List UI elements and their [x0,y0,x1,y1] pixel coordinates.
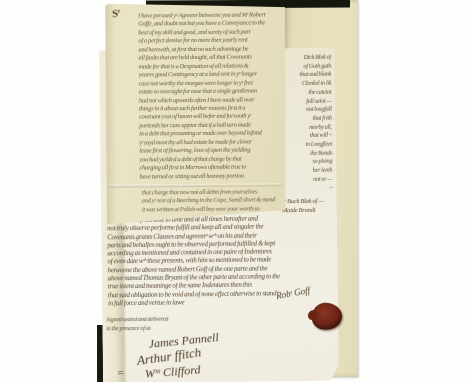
letter-body-text: I have perused yᵉ Agreemᵗ betweene you a… [138,11,283,181]
witness-mark: = [116,367,125,380]
handwriting-line: in Longfleet [284,141,332,150]
handwriting-line: ~ [285,184,333,193]
handwriting-line: not or — [285,175,333,184]
backdrop-left-sliver [97,325,103,382]
handwriting-line: that frith [284,115,332,124]
handwriting-line: have turned or sitting out all homony po… [140,172,284,182]
handwriting-line: in a debt that presuming or made over be… [139,130,283,140]
handwriting-line: Clonkel in lik [283,80,331,89]
letter-postscript-text: that charge that now not all debts from … [142,188,284,214]
letter-document: Sʳ I have perused yᵉ Agreemᵗ betweene yo… [105,2,287,225]
handwriting-line: her lenth [284,167,332,176]
witness-signature-3: Wᵐ Clifford [144,362,201,382]
handwriting-line: Dick Blak of [283,54,331,63]
letter-fold-crease [110,183,283,188]
handwriting-line: the cateint [283,88,331,97]
letter-left-edge-shade [105,4,117,225]
manuscript-photo: Dick Blak ofof Goth gaththat and blankCl… [0,0,468,382]
bond-stub-lines: yᵉ Buck Blak of —Maide Brandt [282,197,336,216]
bond-right-column-text: Dick Blak ofof Goth gaththat and blankCl… [283,54,333,194]
handwriting-line: in full force and vertue in lawe [108,298,332,309]
handwriting-line: and yᵉ rest of a Beeching in the Cope, S… [142,197,284,207]
letter-docket-mark: Sʳ [111,7,122,21]
